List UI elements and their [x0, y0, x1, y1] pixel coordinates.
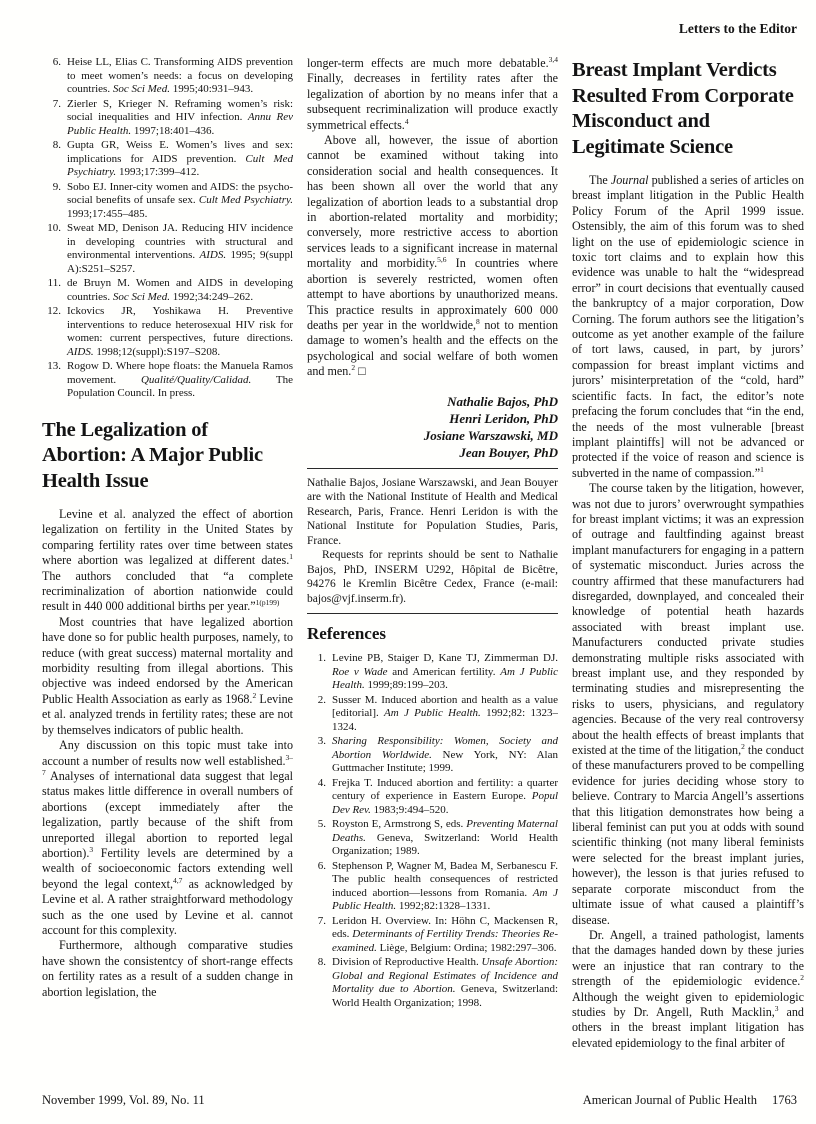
letter2-paragraph: Dr. Angell, a trained pathologist, lamen…: [572, 928, 804, 1051]
reference-number: 10.: [42, 222, 61, 236]
reference-number: 7.: [42, 98, 61, 112]
letter1-signatures: Nathalie Bajos, PhD Henri Leridon, PhD J…: [307, 393, 558, 461]
page-footer: November 1999, Vol. 89, No. 11 American …: [42, 1093, 797, 1108]
reference-text: Ickovics JR, Yoshikawa H. Preventive int…: [67, 305, 293, 358]
reference-text: de Bruyn M. Women and AIDS in developing…: [67, 277, 293, 303]
running-head: Letters to the Editor: [679, 21, 797, 37]
letter1-paragraph: Any discussion on this topic must take i…: [42, 738, 293, 938]
letter2-paragraph: The Journal published a series of articl…: [572, 173, 804, 481]
letter1-paragraph-continued: longer-term effects are much more debata…: [307, 56, 558, 133]
signature-line: Jean Bouyer, PhD: [307, 444, 558, 461]
reference-number: 8.: [42, 139, 61, 153]
reference-item: 10. Sweat MD, Denison JA. Reducing HIV i…: [42, 222, 293, 276]
footer-issue: November 1999, Vol. 89, No. 11: [42, 1093, 205, 1108]
reference-number: 5.: [307, 818, 326, 832]
reference-number: 2.: [307, 694, 326, 708]
column-2: longer-term effects are much more debata…: [307, 56, 558, 1082]
reference-text: Sharing Responsibility: Women, Society a…: [332, 735, 558, 774]
reference-item: 6. Heise LL, Elias C. Transforming AIDS …: [42, 56, 293, 97]
footer-right: American Journal of Public Health1763: [583, 1093, 797, 1108]
reference-text: Division of Reproductive Health. Unsafe …: [332, 956, 558, 1009]
reference-number: 13.: [42, 360, 61, 374]
letter2-paragraph: The course taken by the litigation, howe…: [572, 481, 804, 928]
column-1: 6. Heise LL, Elias C. Transforming AIDS …: [42, 56, 293, 1082]
letter1-paragraph: Levine et al. analyzed the effect of abo…: [42, 507, 293, 615]
signature-line: Nathalie Bajos, PhD: [307, 393, 558, 410]
divider-rule-top: [307, 468, 558, 469]
reference-number: 12.: [42, 305, 61, 319]
reference-list: 1. Levine PB, Staiger D, Kane TJ, Zimmer…: [307, 652, 558, 1010]
reference-list-continued: 6. Heise LL, Elias C. Transforming AIDS …: [42, 56, 293, 401]
footer-journal-name: American Journal of Public Health: [583, 1093, 757, 1107]
letter1-paragraph-final: Above all, however, the issue of abortio…: [307, 133, 558, 380]
reference-item: 4. Frejka T. Induced abortion and fertil…: [307, 777, 558, 818]
reference-text: Levine PB, Staiger D, Kane TJ, Zimmerman…: [332, 652, 558, 691]
signature-line: Henri Leridon, PhD: [307, 410, 558, 427]
letter1-title: The Legalization of Abortion: A Major Pu…: [42, 418, 293, 495]
reference-text: Leridon H. Overview. In: Höhn C, Mackens…: [332, 915, 558, 954]
footer-page-number: 1763: [772, 1093, 797, 1107]
reference-number: 3.: [307, 735, 326, 749]
letter1-paragraph: Furthermore, although comparative studie…: [42, 938, 293, 1000]
reference-text: Frejka T. Induced abortion and fertility…: [332, 777, 558, 816]
reference-number: 1.: [307, 652, 326, 666]
reference-item: 13. Rogow D. Where hope floats: the Manu…: [42, 360, 293, 401]
reference-text: Stephenson P, Wagner M, Badea M, Serbane…: [332, 860, 558, 913]
journal-page: Letters to the Editor 6. Heise LL, Elias…: [0, 0, 816, 1124]
reference-item: 7. Zierler S, Krieger N. Reframing women…: [42, 98, 293, 139]
reference-number: 9.: [42, 181, 61, 195]
reference-item: 3. Sharing Responsibility: Women, Societ…: [307, 735, 558, 776]
running-head-label: Letters to the Editor: [679, 21, 797, 36]
reference-number: 11.: [42, 277, 61, 291]
signature-line: Josiane Warszawski, MD: [307, 427, 558, 444]
reference-text: Susser M. Induced abortion and health as…: [332, 694, 558, 733]
reference-text: Gupta GR, Weiss E. Women’s lives and sex…: [67, 139, 293, 178]
letter1-paragraph: Most countries that have legalized abort…: [42, 615, 293, 738]
reference-item: 7. Leridon H. Overview. In: Höhn C, Mack…: [307, 915, 558, 956]
reference-item: 5. Royston E, Armstrong S, eds. Preventi…: [307, 818, 558, 859]
reference-number: 4.: [307, 777, 326, 791]
reference-number: 6.: [307, 860, 326, 874]
reference-text: Heise LL, Elias C. Transforming AIDS pre…: [67, 56, 293, 95]
page-columns: 6. Heise LL, Elias C. Transforming AIDS …: [42, 56, 804, 1082]
reference-number: 6.: [42, 56, 61, 70]
letter2-body: The Journal published a series of articl…: [572, 173, 804, 1051]
column-3: Breast Implant Verdicts Resulted From Co…: [572, 56, 804, 1082]
affiliation-block: Nathalie Bajos, Josiane Warszawski, and …: [307, 476, 558, 607]
reference-item: 8. Division of Reproductive Health. Unsa…: [307, 956, 558, 1010]
reference-text: Rogow D. Where hope floats: the Manuela …: [67, 360, 293, 399]
reference-text: Royston E, Armstrong S, eds. Preventing …: [332, 818, 558, 857]
affiliation-paragraph: Nathalie Bajos, Josiane Warszawski, and …: [307, 476, 558, 549]
letter2-title: Breast Implant Verdicts Resulted From Co…: [572, 58, 804, 160]
reference-text: Sweat MD, Denison JA. Reducing HIV incid…: [67, 222, 293, 275]
reference-item: 2. Susser M. Induced abortion and health…: [307, 694, 558, 735]
reference-item: 9. Sobo EJ. Inner-city women and AIDS: t…: [42, 181, 293, 222]
reference-text: Zierler S, Krieger N. Reframing women’s …: [67, 98, 293, 137]
divider-rule-bottom: [307, 613, 558, 614]
reference-item: 1. Levine PB, Staiger D, Kane TJ, Zimmer…: [307, 652, 558, 693]
letter1-body: Levine et al. analyzed the effect of abo…: [42, 507, 293, 1000]
reference-number: 7.: [307, 915, 326, 929]
reference-text: Sobo EJ. Inner-city women and AIDS: the …: [67, 181, 293, 220]
reference-item: 6. Stephenson P, Wagner M, Badea M, Serb…: [307, 860, 558, 914]
reference-item: 11. de Bruyn M. Women and AIDS in develo…: [42, 277, 293, 304]
reference-number: 8.: [307, 956, 326, 970]
references-heading: References: [307, 624, 558, 644]
reprints-paragraph: Requests for reprints should be sent to …: [307, 548, 558, 606]
reference-item: 12. Ickovics JR, Yoshikawa H. Preventive…: [42, 305, 293, 359]
reference-item: 8. Gupta GR, Weiss E. Women’s lives and …: [42, 139, 293, 180]
